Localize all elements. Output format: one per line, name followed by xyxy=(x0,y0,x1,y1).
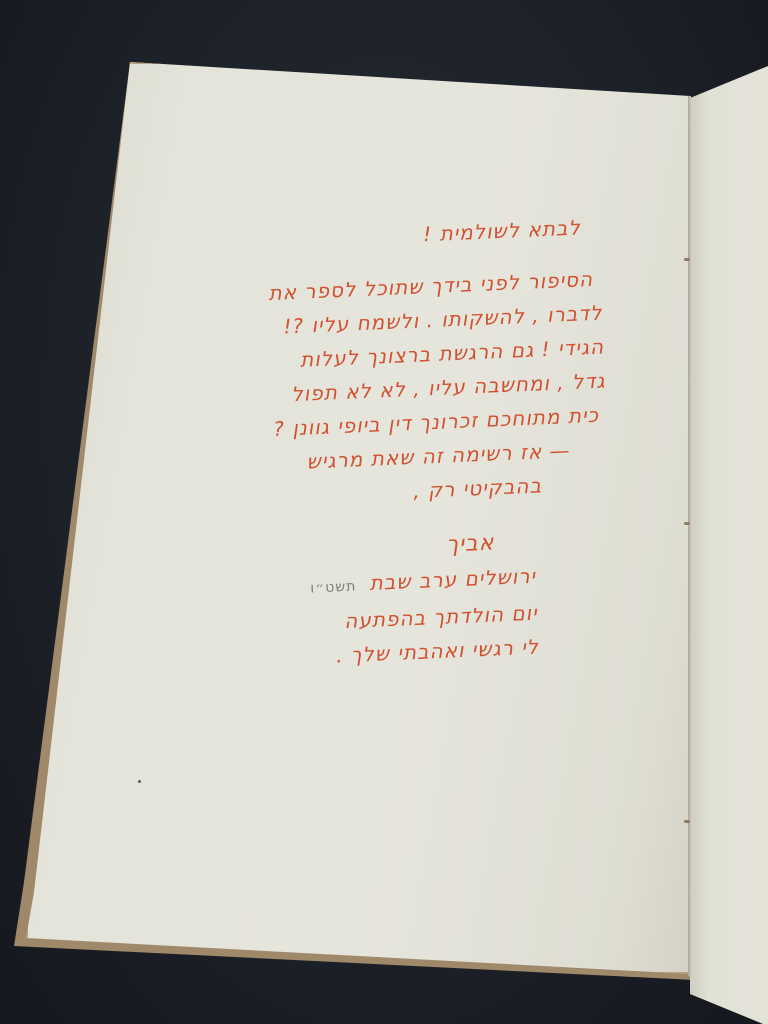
binding-stitch xyxy=(684,258,690,261)
binding-stitch xyxy=(684,820,690,823)
binding-stitch xyxy=(684,522,690,525)
pencil-date-note: תשט״ו xyxy=(310,579,357,597)
paper-spot xyxy=(138,780,141,783)
handwritten-inscription: לבתא לשולמית ! הסיפור לפני בידך שתוכל לס… xyxy=(150,210,609,680)
place-date-text: ירושלים ערב שבת xyxy=(369,564,536,595)
right-page xyxy=(690,66,768,1024)
book-gutter xyxy=(688,96,691,976)
